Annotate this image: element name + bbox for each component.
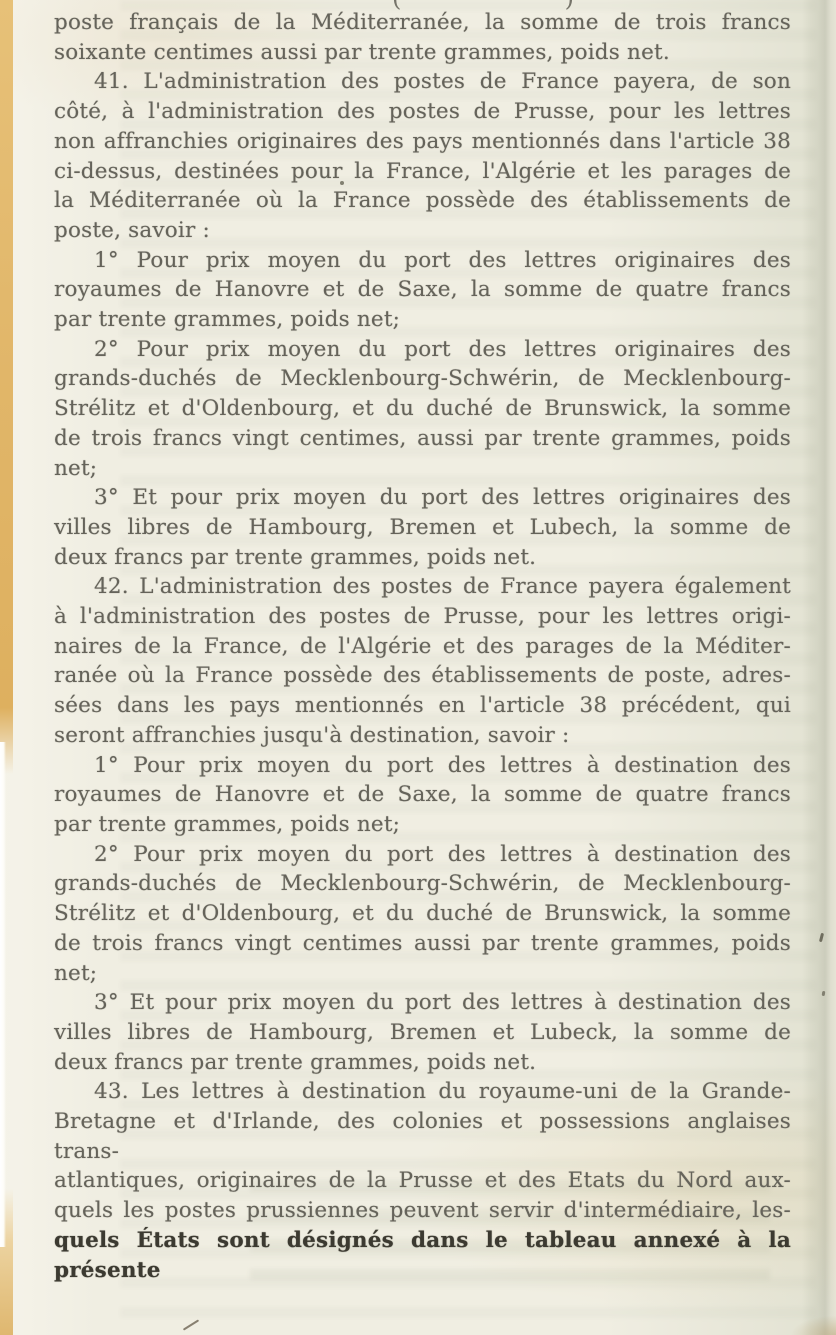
text-line: sées dans les pays mentionnés en l'artic… <box>54 691 791 721</box>
text-line: par trente grammes, poids net; <box>54 305 791 335</box>
text-line: ranée où la France possède des établisse… <box>54 661 791 691</box>
text-line: net; <box>54 454 791 484</box>
text-line: ci-dessus, destinées pour la France, l'A… <box>54 157 791 187</box>
text-line: de trois francs vingt centimes, aussi pa… <box>54 424 791 454</box>
text-line: par trente grammes, poids net; <box>54 810 791 840</box>
text-line: Bretagne et d'Irlande, des colonies et p… <box>54 1107 791 1166</box>
text-line: 1° Pour prix moyen du port des lettres à… <box>54 751 791 781</box>
text-line: naires de la France, de l'Algérie et des… <box>54 632 791 662</box>
text-line: 43. Les lettres à destination du royaume… <box>54 1077 791 1107</box>
text-line: deux francs par trente grammes, poids ne… <box>54 543 791 573</box>
text-line: quels États sont désignés dans le tablea… <box>54 1226 791 1285</box>
text-line: atlantiques, originaires de la Prusse et… <box>54 1166 791 1196</box>
pen-mark <box>183 1319 199 1330</box>
text-line: 1° Pour prix moyen du port des lettres o… <box>54 246 791 276</box>
text-line: grands-duchés de Mecklenbourg-Schwérin, … <box>54 869 791 899</box>
text-line: 3° Et pour prix moyen du port des lettre… <box>54 483 791 513</box>
text-line: poste, savoir : <box>54 216 791 246</box>
scanned-page: ( ) poste français de la Méditerranée, l… <box>0 0 836 1335</box>
corner-stain <box>776 1309 836 1335</box>
text-line: Strélitz et d'Oldenbourg, et du duché de… <box>54 394 791 424</box>
text-line: Strélitz et d'Oldenbourg, et du duché de… <box>54 899 791 929</box>
text-line: poste français de la Méditerranée, la so… <box>54 8 791 38</box>
gutter-shadow-right <box>802 0 836 1335</box>
text-line: seront affranchies jusqu'à destination, … <box>54 721 791 751</box>
text-line: non affranchies originaires des pays men… <box>54 127 791 157</box>
text-line: 2° Pour prix moyen du port des lettres à… <box>54 840 791 870</box>
text-line: royaumes de Hanovre et de Saxe, la somme… <box>54 275 791 305</box>
text-line: grands-duchés de Mecklenbourg-Schwérin, … <box>54 364 791 394</box>
text-line: net; <box>54 959 791 989</box>
text-line: 41. L'administration des postes de Franc… <box>54 67 791 97</box>
text-line: villes libres de Hambourg, Bremen et Lub… <box>54 513 791 543</box>
text-line: 2° Pour prix moyen du port des lettres o… <box>54 335 791 365</box>
text-line: de trois francs vingt centimes aussi par… <box>54 929 791 959</box>
page-edge-left-white-sliver <box>0 742 6 1247</box>
text-line: royaumes de Hanovre et de Saxe, la somme… <box>54 780 791 810</box>
text-line: deux francs par trente grammes, poids ne… <box>54 1048 791 1078</box>
text-line: 42. L'administration des postes de Franc… <box>54 572 791 602</box>
text-line: villes libres de Hambourg, Bremen et Lub… <box>54 1018 791 1048</box>
text-line: soixante centimes aussi par trente gramm… <box>54 38 791 68</box>
text-line: la Méditerranée où la France possède des… <box>54 186 791 216</box>
text-line: quels les postes prussiennes peuvent ser… <box>54 1196 791 1226</box>
ink-speck <box>340 181 344 185</box>
text-line: 3° Et pour prix moyen du port des lettre… <box>54 988 791 1018</box>
text-line: à l'administration des postes de Prusse,… <box>54 602 791 632</box>
text-block: poste français de la Méditerranée, la so… <box>54 8 791 1285</box>
text-line: côté, à l'administration des postes de P… <box>54 97 791 127</box>
